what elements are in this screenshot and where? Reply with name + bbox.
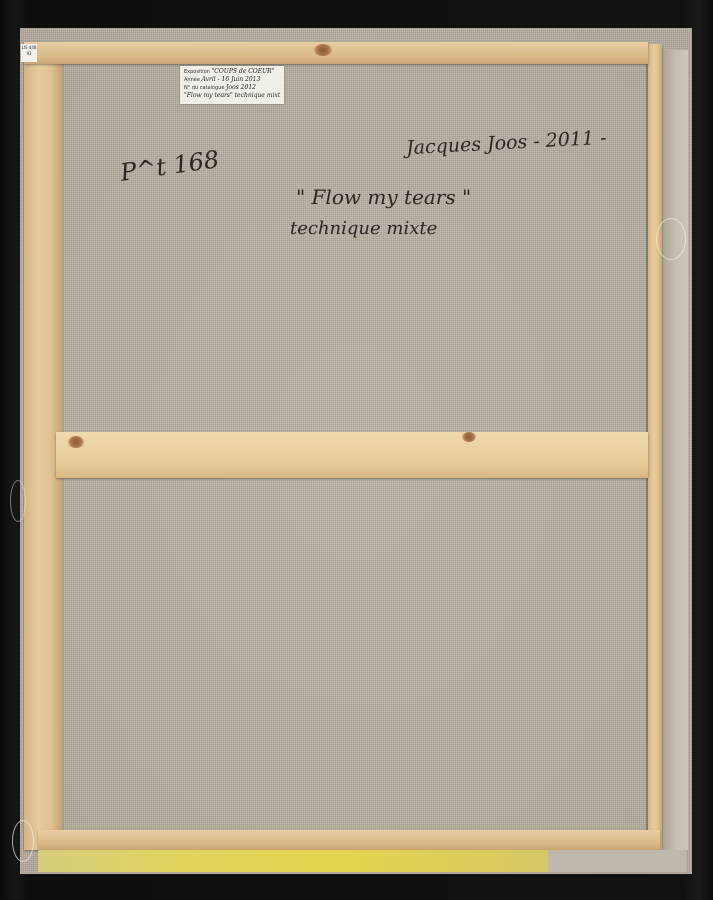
label-row-title: "Flow my tears" technique mixte — [184, 92, 280, 100]
label-prefix: N° du catalogue — [184, 85, 224, 91]
label-exhibition-name: "COUPS de COEUR" — [212, 68, 275, 75]
label-catalogue: Joos 2012 — [226, 84, 256, 91]
yellow-paint-edge — [38, 850, 548, 872]
label-row-catalogue: N° du catalogue Joos 2012 — [184, 84, 280, 92]
stretcher-bar-top — [24, 42, 648, 64]
wood-knot — [314, 44, 332, 56]
label-row-exhibition: Exposition "COUPS de COEUR" — [184, 68, 280, 76]
loose-thread — [10, 480, 26, 522]
inventory-corner-tag: LIS 448 93 — [21, 44, 37, 62]
loose-thread — [656, 218, 686, 260]
wood-knot — [68, 436, 84, 448]
label-prefix: Année — [184, 77, 200, 83]
loose-thread — [12, 820, 34, 862]
exhibition-label: Exposition "COUPS de COEUR" Année Avril … — [180, 66, 284, 104]
label-date: Avril - 16 Juin 2013 — [202, 76, 261, 83]
label-row-date: Année Avril - 16 Juin 2013 — [184, 76, 280, 84]
stretcher-bar-right — [648, 44, 662, 850]
stretcher-crossbar — [56, 432, 648, 478]
technique-inscription: technique mixte — [290, 218, 437, 239]
label-title: "Flow my tears" technique mixte — [184, 92, 280, 99]
stretcher-bar-bottom — [38, 830, 660, 850]
label-prefix: Exposition — [184, 69, 210, 75]
linen-bottom-edge — [548, 850, 686, 872]
wood-knot — [462, 432, 476, 442]
artwork-title-inscription: " Flow my tears " — [296, 185, 471, 209]
corner-tag-line2: 93 — [21, 51, 37, 57]
